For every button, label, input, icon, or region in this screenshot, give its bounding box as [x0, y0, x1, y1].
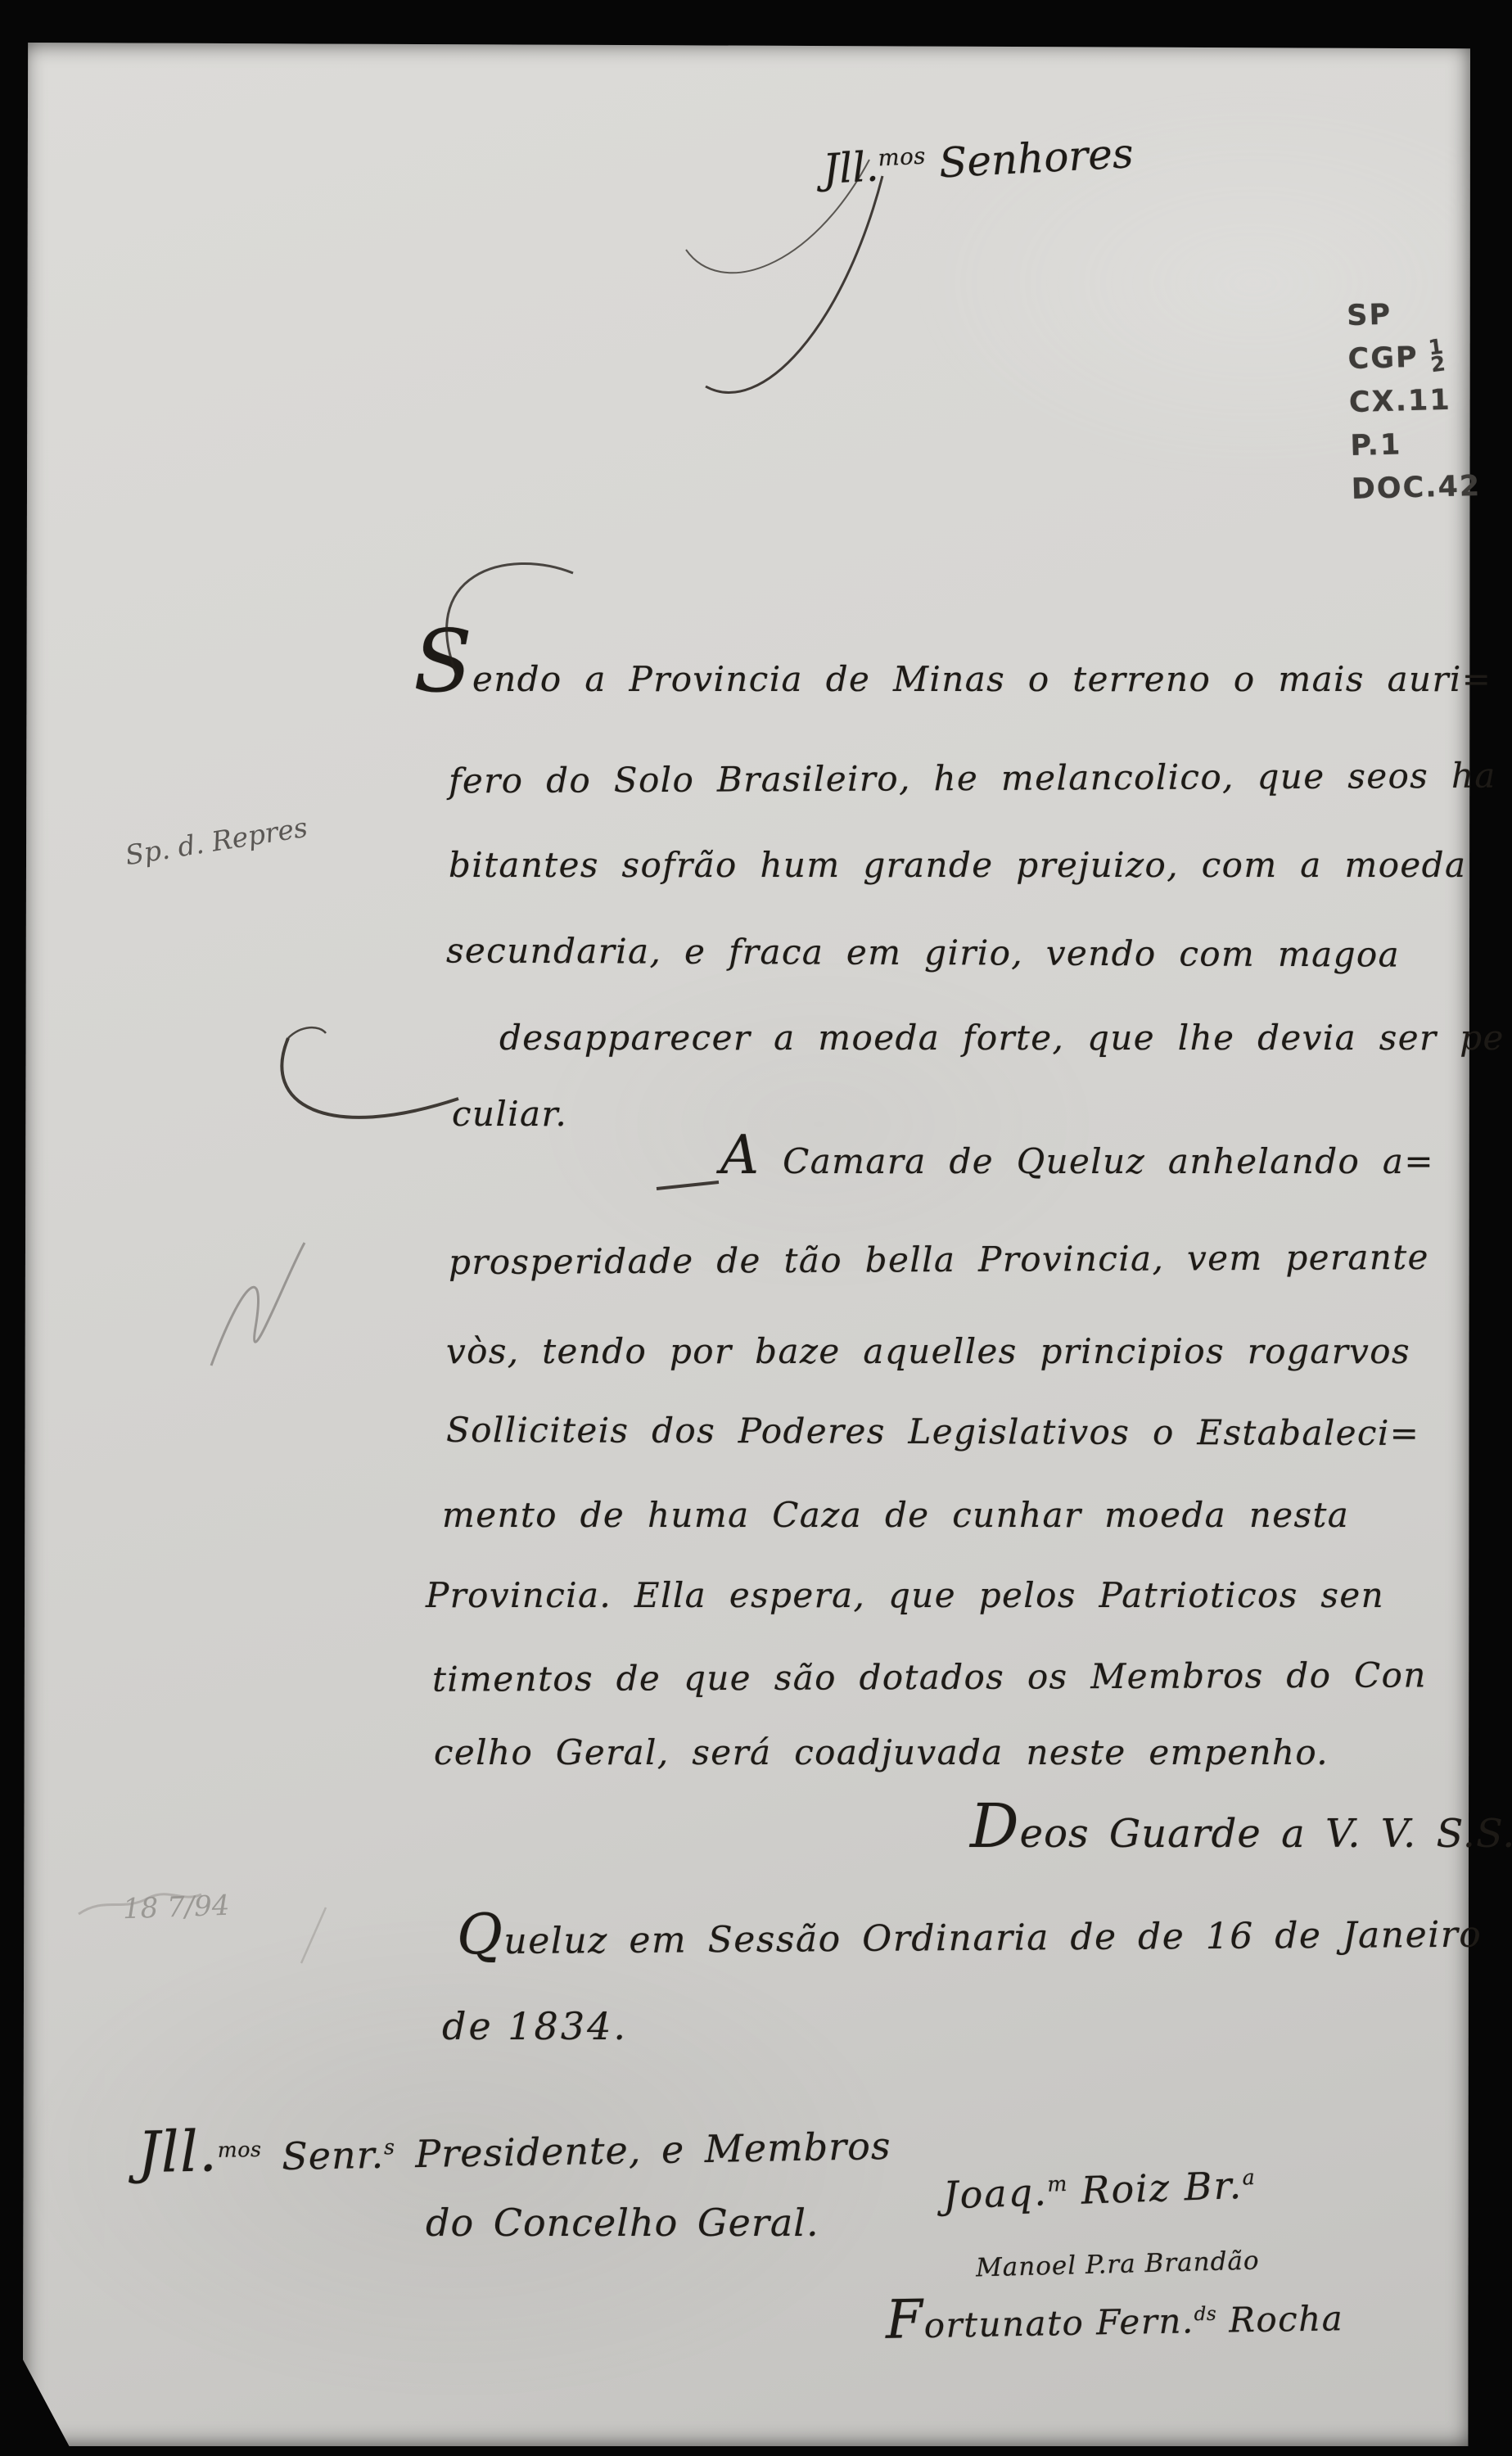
- body-line: Solliciteis dos Poderes Legislativos o E…: [446, 1413, 1419, 1451]
- stamp-line-doc: DOC.42: [1351, 465, 1482, 512]
- archival-stamp: SP CGP 1 2 CX.11 P.1 DOC.42: [1347, 291, 1482, 512]
- stamp-cgp-denominator: 2: [1430, 355, 1448, 374]
- address-line-recipients: Jll.mos Senr.s Presidente, e Membros: [137, 2107, 891, 2186]
- heading-superscript: mos: [878, 142, 927, 171]
- stamp-line-caixa: CX.11: [1348, 378, 1479, 425]
- signature-1-superscript-m: m: [1047, 2172, 1067, 2196]
- body-line: secundaria, e fraca em girio, vendo com …: [446, 933, 1400, 972]
- address-superscript-mos: mos: [218, 2138, 262, 2162]
- closing-salutation: Deos Guarde a V. V. S.S.: [970, 1811, 1512, 1857]
- body-line: fero do Solo Brasileiro, he melancolico,…: [449, 759, 1496, 799]
- stamp-line-cgp: CGP 1 2: [1347, 335, 1478, 381]
- body-line: bitantes sofrão hum grande prejuizo, com…: [449, 848, 1466, 883]
- address-rest: Presidente, e Membros: [395, 2124, 891, 2177]
- body-line: mento de huma Caza de cunhar moeda nesta: [442, 1498, 1349, 1533]
- address-superscript-s: s: [384, 2135, 395, 2159]
- body-line: desapparecer a moeda forte, que lhe devi…: [499, 1021, 1505, 1055]
- body-line: Sendo a Provincia de Minas o terreno o m…: [413, 661, 1492, 697]
- stamp-line-pasta: P.1: [1350, 422, 1481, 468]
- body-line: celho Geral, será coadjuvada neste empen…: [434, 1736, 1329, 1770]
- address-base: Jll.: [137, 2119, 218, 2186]
- body-line: A Camara de Queluz anhelando a=: [720, 1144, 1434, 1179]
- signature-1-base: Joaq.: [942, 2169, 1048, 2217]
- stamp-cgp-fraction: 1 2: [1428, 338, 1448, 374]
- pencil-date-note: 18 7/94: [122, 1889, 230, 1926]
- address-mid: Senr.: [261, 2133, 384, 2179]
- stamp-line-fund: SP: [1347, 291, 1478, 338]
- heading-base: Jll.: [822, 142, 880, 192]
- body-line: culiar.: [452, 1097, 567, 1131]
- scan-background: Jll.mos Senhores SP CGP 1 2 CX.11 P.1 DO…: [0, 0, 1512, 2456]
- signature-3-rest: Rocha: [1216, 2298, 1344, 2341]
- body-line: timentos de que são dotados os Membros d…: [432, 1658, 1427, 1696]
- signature-1-mid: Roiz Br.: [1067, 2163, 1243, 2213]
- dateline-place: Queluz em Sessão Ordinaria de de 16 de J…: [457, 1914, 1483, 1963]
- dateline-year: de 1834.: [442, 2004, 628, 2048]
- body-line: vòs, tendo por baze aquelles principios …: [446, 1334, 1410, 1369]
- body-line: prosperidade de tão bella Provincia, vem…: [449, 1240, 1429, 1280]
- signature-3: Fortunato Fern.ds Rocha: [886, 2298, 1344, 2346]
- body-line: Provincia. Ella espera, que pelos Patrio…: [426, 1578, 1384, 1613]
- address-line-council: do Concelho Geral.: [426, 2201, 819, 2245]
- stamp-cgp-base: CGP: [1347, 341, 1419, 376]
- signature-3-superscript-ds: ds: [1194, 2304, 1216, 2325]
- signature-3-base: Fortunato Fern.: [886, 2300, 1195, 2346]
- signature-1-superscript-a: a: [1242, 2165, 1256, 2190]
